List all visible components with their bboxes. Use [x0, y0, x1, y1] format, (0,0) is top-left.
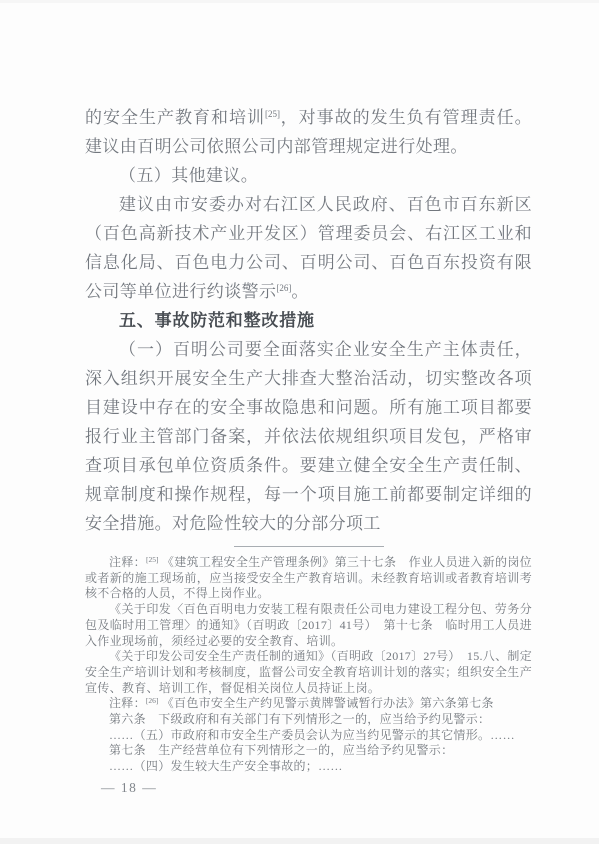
paragraph-continuation: 的安全生产教育和培训[25]，对事故的发生负有管理责任。建议由百明公司依照公司内… [85, 103, 532, 161]
footnote-25-para: 《关于印发〈百色百明电力安装工程有限责任公司电力建设工程分包、劳务分包及临时用工… [85, 602, 532, 649]
paragraph-text: 。 [291, 282, 308, 301]
page-number: — 18 — [101, 780, 532, 796]
footnote-separator [234, 546, 384, 547]
page-content: 的安全生产教育和培训[25]，对事故的发生负有管理责任。建议由百明公司依照公司内… [85, 103, 532, 796]
scan-edge-bottom [0, 838, 599, 844]
footnote-ref-26: [26] [276, 283, 291, 293]
footnote-text: 《百色市安全生产约见警示黄牌警诫暂行办法》第六条第七条 [162, 696, 494, 710]
section-heading: 五、事故防范和整改措施 [85, 306, 532, 335]
paragraph: 建议由市安委办对右江区人民政府、百色市百东新区（百色高新技术产业开发区）管理委员… [85, 190, 532, 306]
footnote-26-para: ……（四）发生较大生产安全事故的；…… [85, 759, 532, 775]
footnote-26-para: 第六条 下级政府和有关部门有下列情形之一的，应当给予约见警示： [85, 712, 532, 728]
footnotes: 注释：[25] 《建筑工程安全生产管理条例》第三十七条 作业人员进入新的岗位或者… [85, 555, 532, 775]
footnote-ref-25: [25] [265, 109, 280, 119]
paragraph-subheading: （五）其他建议。 [85, 161, 532, 190]
paragraph-text: 的安全生产教育和培训 [85, 108, 265, 127]
footnote-marker-26: [26] [146, 696, 159, 705]
paragraph: （一）百明公司要全面落实企业安全生产主体责任，深入组织开展安全生产大排查大整治活… [85, 335, 532, 538]
footnote-26-para: ……（五）市政府和市安全生产委员会认为应当约见警示的其它情形。…… [85, 728, 532, 744]
footnote-label: 注释： [109, 696, 146, 710]
scan-edge-top [0, 0, 599, 3]
footnote-25-para: 《关于印发公司安全生产责任制的通知》（百明政〔2017〕27号） 15.八、制定… [85, 649, 532, 696]
footnote-26-para: 第七条 生产经营单位有下列情形之一的，应当给予约见警示： [85, 743, 532, 759]
footnote-25: 注释：[25] 《建筑工程安全生产管理条例》第三十七条 作业人员进入新的岗位或者… [85, 555, 532, 602]
footnote-26: 注释：[26] 《百色市安全生产约见警示黄牌警诫暂行办法》第六条第七条 [85, 696, 532, 712]
document-page: 的安全生产教育和培训[25]，对事故的发生负有管理责任。建议由百明公司依照公司内… [0, 0, 599, 844]
body-text: 的安全生产教育和培训[25]，对事故的发生负有管理责任。建议由百明公司依照公司内… [85, 103, 532, 538]
footnote-label: 注释： [109, 555, 146, 569]
footnote-marker-25: [25] [146, 555, 159, 564]
